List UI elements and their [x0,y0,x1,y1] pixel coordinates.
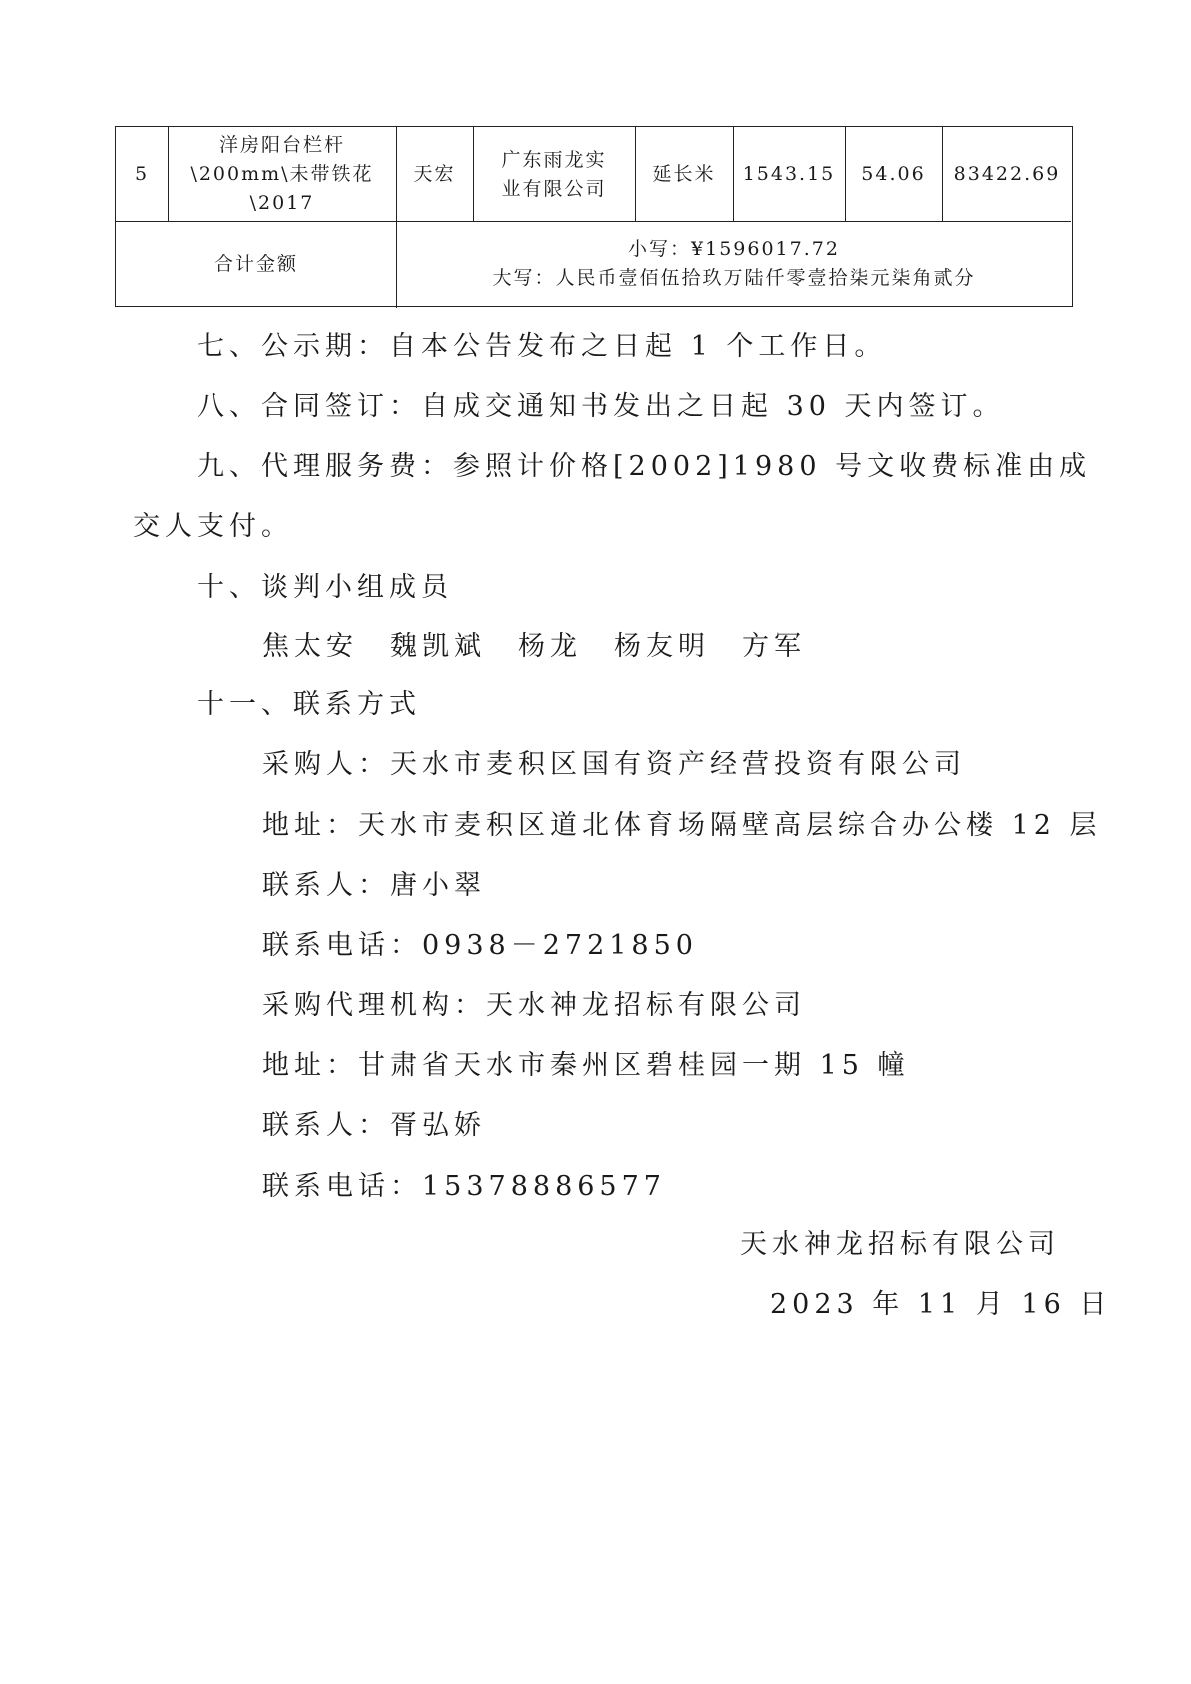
result-table: 5 洋房阳台栏杆 \200mm\未带铁花 \2017 天宏 广东雨龙实 业有限公… [115,126,1073,307]
panel-member-list: 焦太安 魏凯斌 杨龙 杨友明 方军 [262,630,806,664]
cell-brand: 天宏 [396,127,473,222]
agency-address: 地址：甘肃省天水市秦州区碧桂园一期 15 幢 [262,1049,910,1083]
cell-manufacturer: 广东雨龙实 业有限公司 [473,127,635,222]
cell-quantity: 1543.15 [733,127,845,222]
total-uppercase: 大写：人民币壹佰伍拾玖万陆仟零壹拾柒元柒角贰分 [492,264,975,293]
section-contract-signing: 八、合同签订：自成交通知书发出之日起 30 天内签订。 [197,390,1005,424]
cell-unit-price: 54.06 [845,127,942,222]
section-agency-fee: 九、代理服务费：参照计价格[2002]1980 号文收费标准由成 [197,450,1091,484]
section-contact: 十一、联系方式 [197,688,421,722]
purchaser-address: 地址：天水市麦积区道北体育场隔壁高层综合办公楼 12 层 [262,809,1102,843]
section-agency-fee-cont: 交人支付。 [133,510,293,544]
item-name-line: \200mm\未带铁花 [190,160,373,189]
manufacturer-line: 广东雨龙实 [501,146,606,175]
signature-date: 2023 年 11 月 16 日 [770,1288,1111,1322]
total-label: 合计金额 [116,222,396,306]
purchaser-name: 采购人：天水市麦积区国有资产经营投资有限公司 [262,748,966,782]
purchaser-phone: 联系电话：0938－2721850 [262,929,698,963]
cell-amount: 83422.69 [942,127,1072,222]
agency-phone: 联系电话：15378886577 [262,1170,666,1204]
item-name-line: 洋房阳台栏杆 [190,131,373,160]
section-publicity-period: 七、公示期：自本公告发布之日起 1 个工作日。 [197,330,886,364]
cell-item-name: 洋房阳台栏杆 \200mm\未带铁花 \2017 [168,127,396,222]
agency-name: 采购代理机构：天水神龙招标有限公司 [262,989,806,1023]
agency-contact: 联系人：胥弘娇 [262,1109,486,1143]
cell-unit: 延长米 [635,127,733,222]
manufacturer-line: 业有限公司 [501,175,606,204]
total-lowercase: 小写：¥1596017.72 [492,235,975,264]
signature-company: 天水神龙招标有限公司 [740,1228,1060,1262]
purchaser-contact: 联系人：唐小翠 [262,869,486,903]
cell-index: 5 [116,127,168,222]
item-name-line: \2017 [190,189,373,218]
section-panel-members: 十、谈判小组成员 [197,571,453,605]
total-value: 小写：¥1596017.72 大写：人民币壹佰伍拾玖万陆仟零壹拾柒元柒角贰分 [396,222,1072,306]
